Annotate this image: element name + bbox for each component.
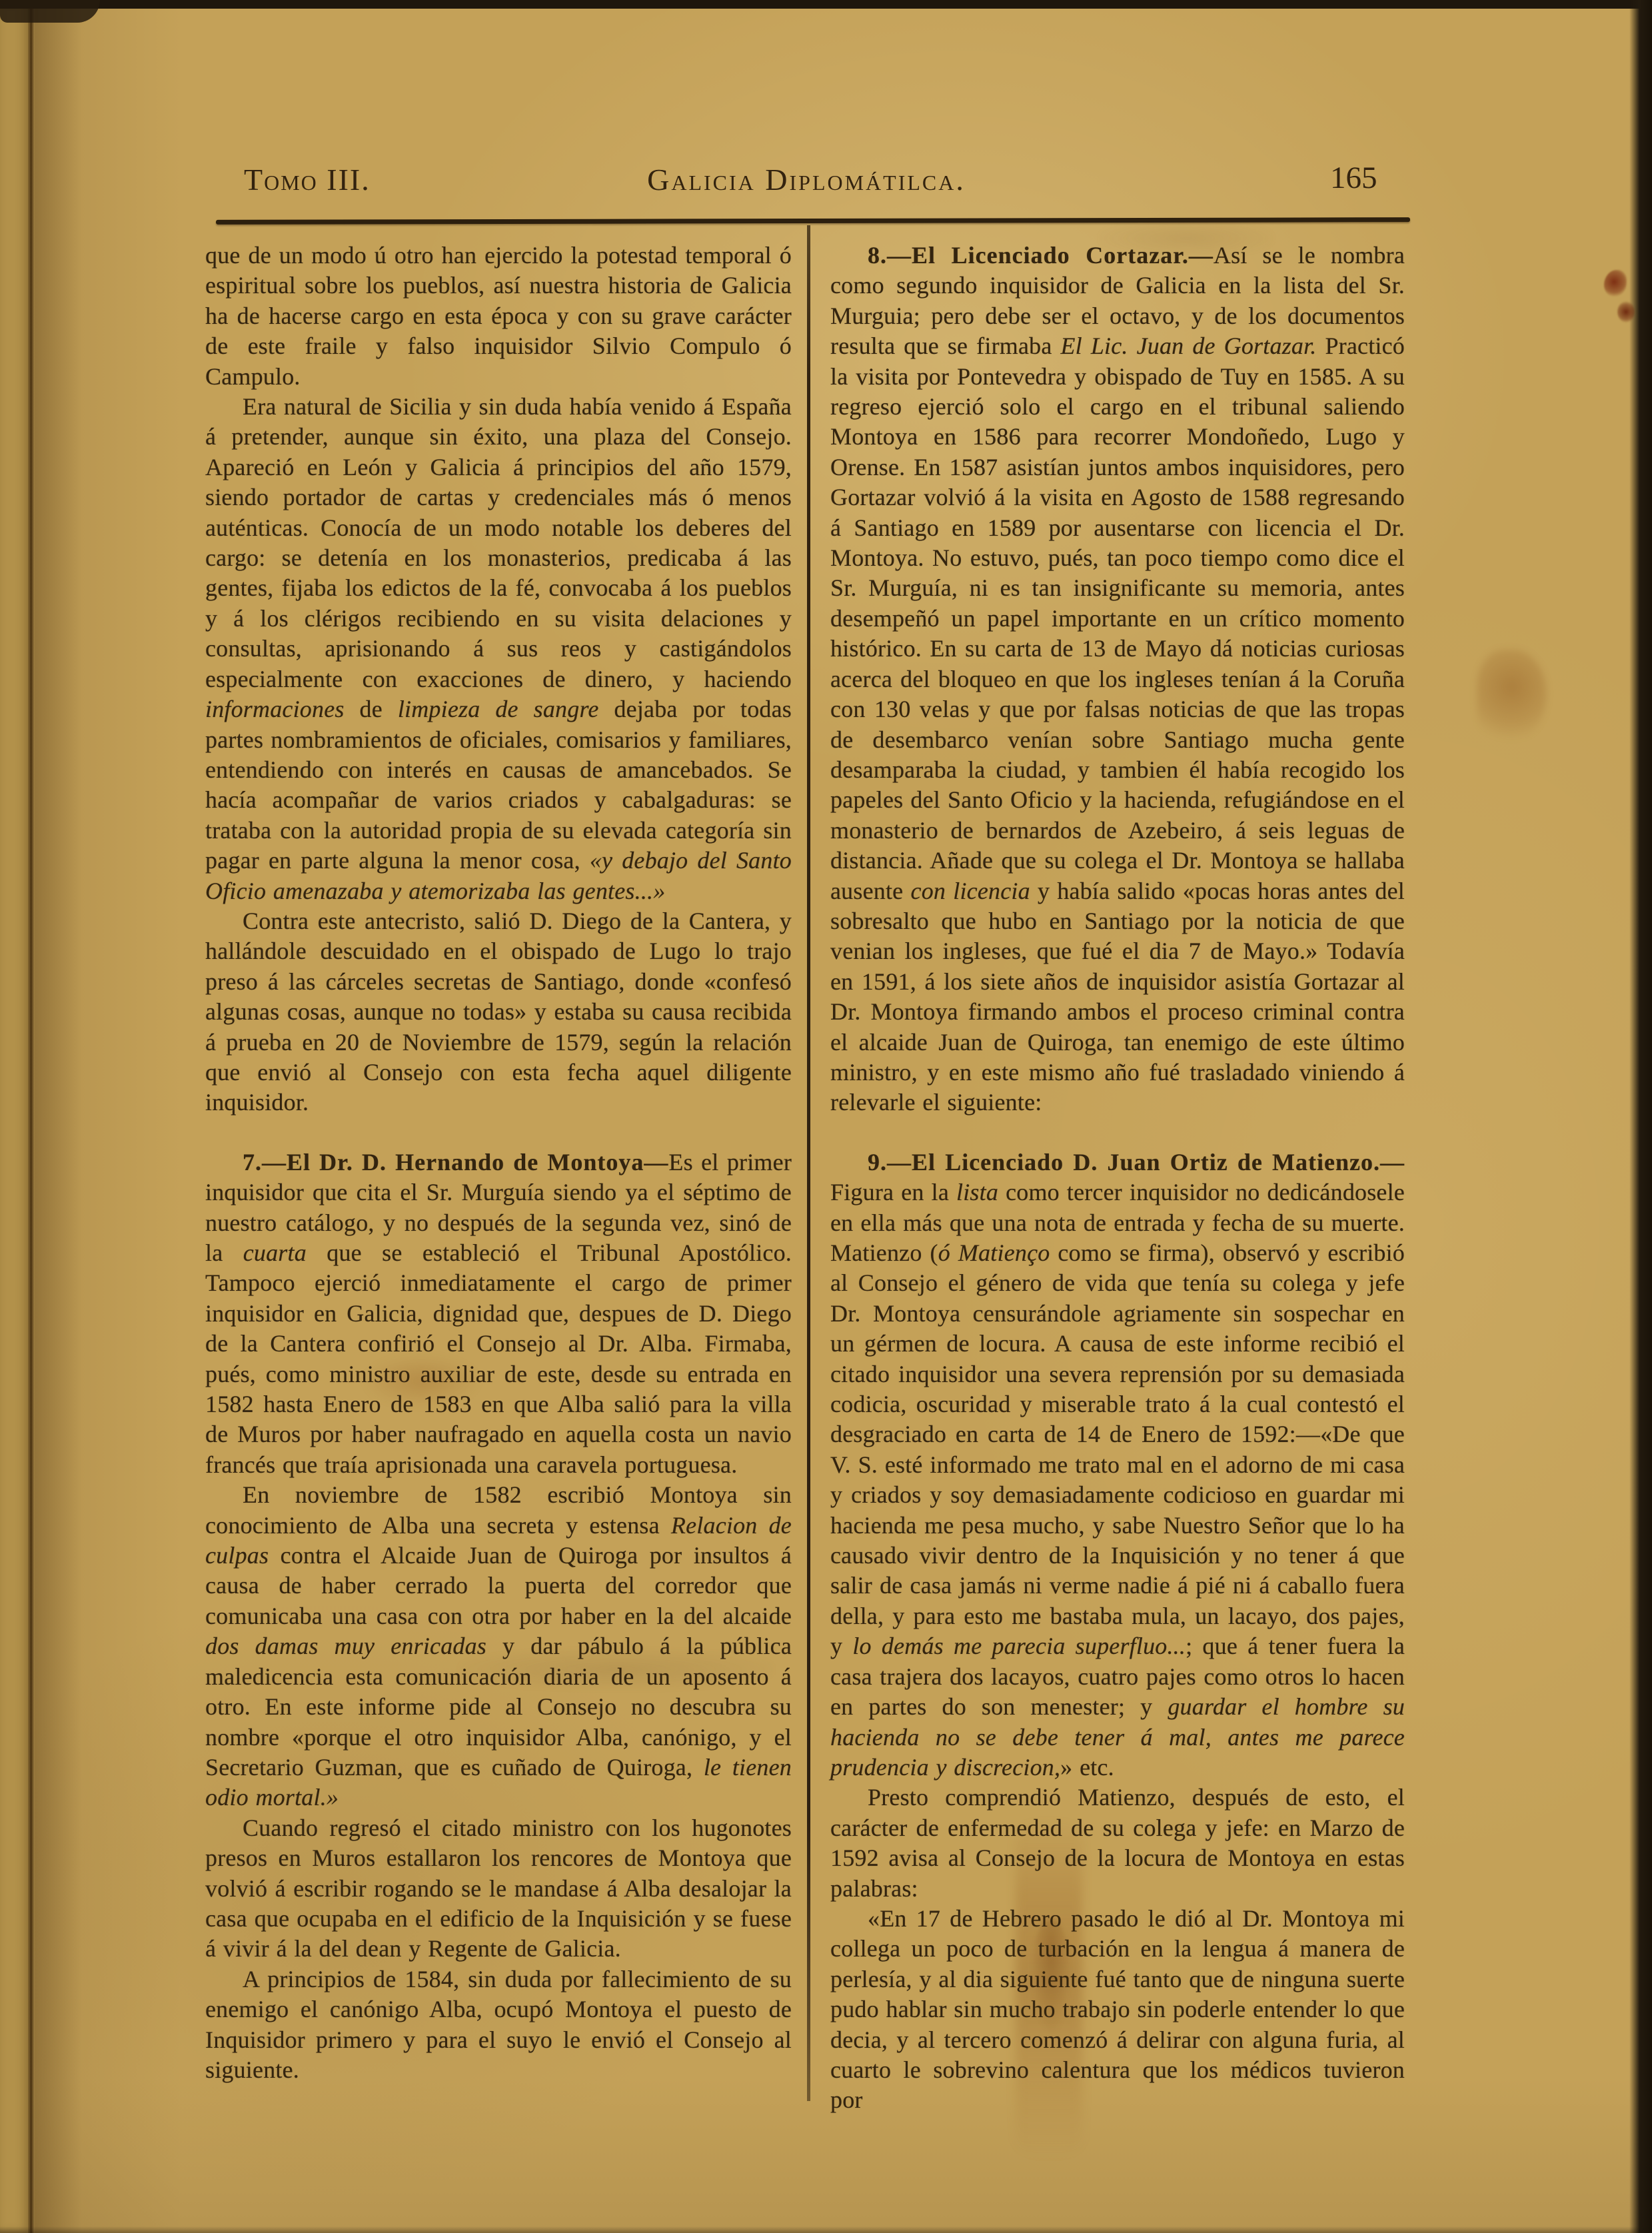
text-segment: de (345, 696, 398, 722)
scan-top-left-corner (0, 0, 100, 23)
volume-label: Tomo III. (244, 162, 371, 197)
paragraph: A principios de 1584, sin duda por falle… (205, 1964, 792, 2086)
text-segment-bold: 7.—El Dr. D. Hernando de Montoya— (243, 1149, 668, 1175)
text-segment: como se firma), observó y escribió al Co… (830, 1239, 1405, 1659)
red-stain (1617, 301, 1635, 323)
paragraph: «En 17 de Hebrero pasado le dió al Dr. M… (830, 1904, 1405, 2116)
page-title: Galicia Diplomátilca. (580, 162, 1033, 197)
text-segment: Presto comprendió Matienzo, después de e… (830, 1784, 1405, 1901)
paragraph: Presto comprendió Matienzo, después de e… (830, 1783, 1405, 1904)
brown-stain (1477, 650, 1547, 743)
adjacent-page-edge (0, 0, 29, 2233)
section-8-paragraph: 8.—El Licenciado Cortazar.—Así se le nom… (830, 241, 1405, 1118)
text-segment-bold: 8.—El Licenciado Cortazar.— (868, 242, 1214, 269)
scan-top-edge (0, 0, 1652, 9)
text-segment-italic: lista (956, 1179, 998, 1205)
text-segment-italic: cuarta (243, 1239, 307, 1266)
text-segment: Contra este antecristo, salió D. Diego d… (205, 908, 792, 1116)
paragraph: Era natural de Sicilia y sin duda había … (205, 392, 792, 906)
paragraph: En noviembre de 1582 escribió Montoya si… (205, 1480, 792, 1813)
text-segment: » etc. (1060, 1754, 1114, 1781)
text-segment-italic: con licencia (911, 878, 1030, 904)
scan-right-edge (1629, 0, 1652, 2233)
section-7-paragraph: 7.—El Dr. D. Hernando de Montoya—Es el p… (205, 1147, 792, 1480)
right-column: 8.—El Licenciado Cortazar.—Así se le nom… (830, 241, 1405, 2116)
text-segment: que se estableció el Tribunal Apostólico… (205, 1239, 792, 1478)
paragraph: que de un modo ú otro han ejercido la po… (205, 241, 792, 392)
text-segment: Practicó la visita por Pontevedra y obis… (830, 333, 1405, 904)
text-segment: y había salido «pocas horas antes del so… (830, 878, 1405, 1116)
text-segment-italic: lo demás me parecia superfluo... (852, 1633, 1186, 1659)
section-9-paragraph: 9.—El Licenciado D. Juan Ortiz de Matien… (830, 1147, 1405, 1783)
text-segment-italic: ó Matienço (938, 1239, 1050, 1266)
binding-gutter-line (28, 0, 35, 2233)
text-segment: contra el Alcaide Juan de Quiroga por in… (205, 1542, 792, 1629)
column-divider-rule (807, 225, 810, 2101)
scanned-book-page: Tomo III. Galicia Diplomátilca. 165 que … (0, 0, 1652, 2233)
binding-gutter-shadow (35, 0, 81, 2233)
text-segment-italic: informaciones (205, 696, 345, 722)
text-segment: Era natural de Sicilia y sin duda había … (205, 393, 792, 692)
left-column: que de un modo ú otro han ejercido la po… (205, 241, 792, 2085)
text-segment: «En 17 de Hebrero pasado le dió al Dr. M… (830, 1905, 1405, 2113)
text-segment: Cuando regresó el citado ministro con lo… (205, 1815, 792, 1962)
text-segment-italic: dos damas muy enricadas (205, 1633, 486, 1659)
page-number: 165 (1330, 160, 1377, 196)
text-segment-italic: El Lic. Juan de Gortazar. (1060, 333, 1316, 359)
paragraph: Cuando regresó el citado ministro con lo… (205, 1813, 792, 1964)
text-segment: Figura en la (830, 1179, 956, 1205)
text-segment-bold: 9.—El Licenciado D. Juan Ortiz de Matien… (868, 1149, 1405, 1175)
paragraph: Contra este antecristo, salió D. Diego d… (205, 906, 792, 1118)
text-segment: A principios de 1584, sin duda por falle… (205, 1966, 792, 2083)
scan-bottom-shadow (0, 2226, 1652, 2233)
text-segment: que de un modo ú otro han ejercido la po… (205, 242, 792, 390)
red-stain (1604, 270, 1627, 297)
text-segment-italic: limpieza de sangre (398, 696, 599, 722)
